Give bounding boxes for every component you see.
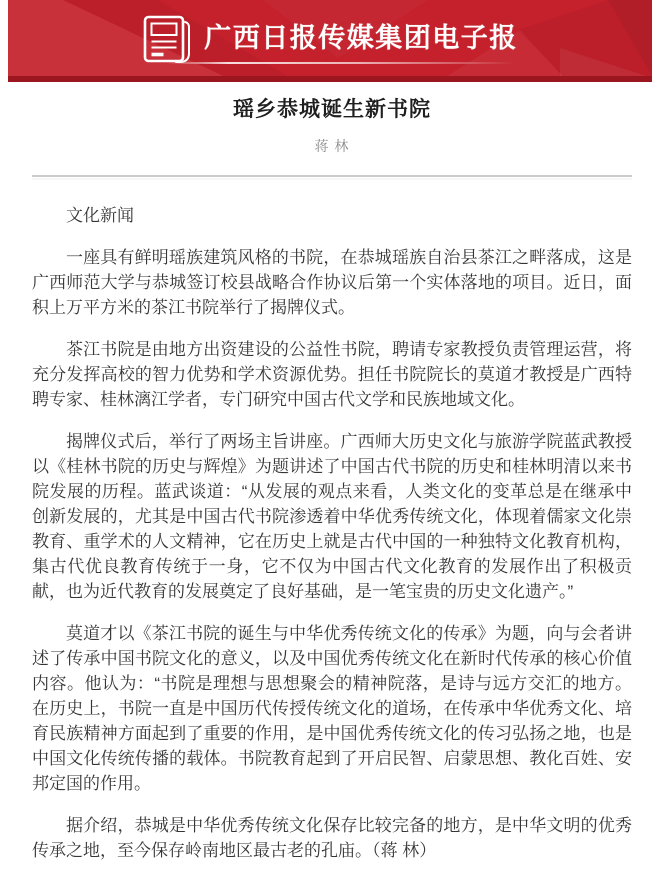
article-author: 蒋 林 — [32, 137, 632, 155]
paragraph-section-label: 文化新闻 — [32, 203, 632, 228]
banner-underline — [166, 62, 514, 64]
paragraph: 莫道才以《茶江书院的诞生与中华优秀传统文化的传承》为题，向与会者讲述了传承中国书… — [32, 621, 632, 796]
site-banner: 广西日报传媒集团电子报 — [8, 0, 652, 82]
title-divider — [32, 175, 632, 177]
masthead-home-link[interactable]: 广西日报传媒集团电子报 — [8, 0, 652, 82]
paragraph: 揭牌仪式后，举行了两场主旨讲座。广西师大历史文化与旅游学院蓝武教授以《桂林书院的… — [32, 429, 632, 604]
paragraph: 茶江书院是由地方出资建设的公益性书院，聘请专家教授负责管理运营，将充分发挥高校的… — [32, 337, 632, 412]
article-page: 瑶乡恭城诞生新书院 蒋 林 文化新闻 一座具有鲜明瑶族建筑风格的书院，在恭城瑶族… — [32, 97, 632, 863]
site-title: 广西日报传媒集团电子报 — [204, 25, 518, 52]
paragraph: 据介绍，恭城是中华优秀传统文化保存比较完备的地方，是中华文明的优秀传承之地，至今… — [32, 813, 632, 863]
newspaper-icon — [142, 12, 192, 66]
paragraph: 一座具有鲜明瑶族建筑风格的书院，在恭城瑶族自治县茶江之畔落成，这是广西师范大学与… — [32, 245, 632, 320]
article-title: 瑶乡恭城诞生新书院 — [32, 97, 632, 123]
article-body: 文化新闻 一座具有鲜明瑶族建筑风格的书院，在恭城瑶族自治县茶江之畔落成，这是广西… — [32, 203, 632, 863]
